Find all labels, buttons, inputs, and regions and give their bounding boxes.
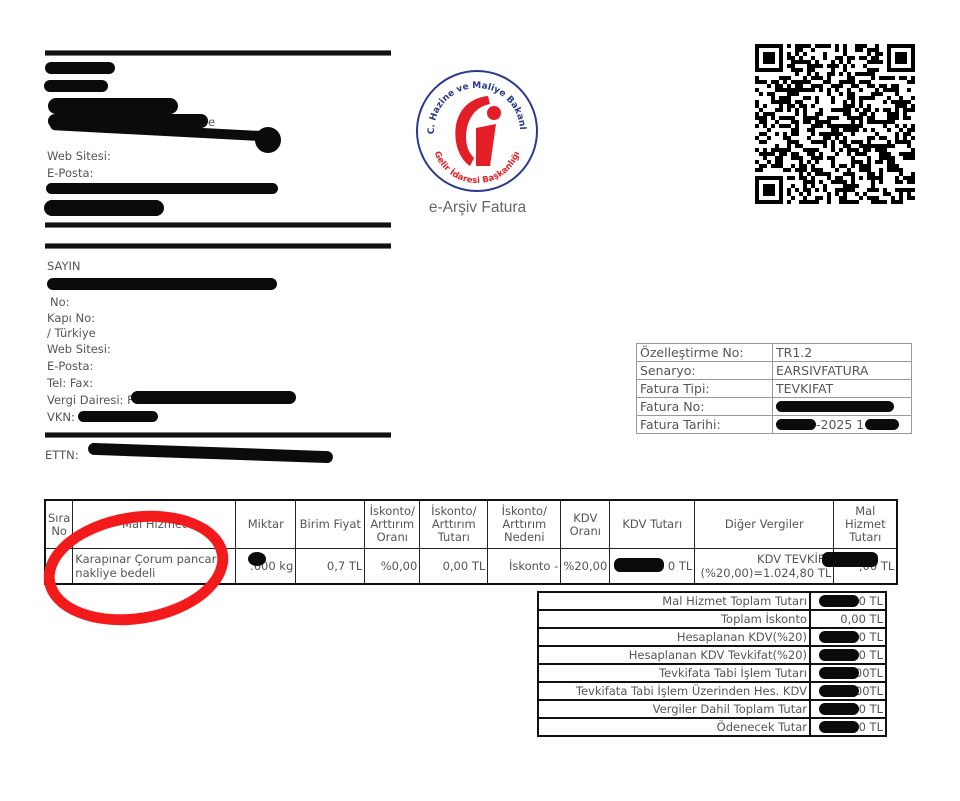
- col-kdv-tutari: KDV Tutarı: [610, 500, 695, 549]
- totals-row: Hesaplanan KDV(%20),00 TL: [538, 628, 886, 646]
- buyer-top-rule: [45, 243, 391, 249]
- totals-value: 0,00 TL: [810, 610, 886, 628]
- totals-value-text: 0,00 TL: [840, 612, 883, 626]
- info-value: TEVKIFAT: [773, 380, 912, 398]
- cell-iskonto-tutari: 0,00 TL: [420, 549, 488, 585]
- info-key: Özelleştirme No:: [637, 344, 773, 362]
- line-items-table: Sıra No Mal Hizmet Miktar Birim Fiyat İs…: [44, 499, 898, 585]
- redaction: [819, 667, 859, 679]
- redaction: [46, 183, 278, 194]
- table-row: Karapınar Çorum pancar nakliye bedeli .6…: [45, 549, 897, 585]
- redaction: [47, 278, 277, 290]
- redaction: [255, 127, 281, 153]
- col-iskonto-orani: İskonto/ Arttırım Oranı: [365, 500, 420, 549]
- col-sira-no: Sıra No: [45, 500, 73, 549]
- cell-diger-vergiler: KDV TEVKİFA (%20,00)=1.024,80 TL: [695, 549, 834, 585]
- info-key: Fatura No:: [637, 398, 773, 416]
- info-row: Fatura Tarihi:-2025 1: [637, 416, 912, 434]
- info-value: TR1.2: [773, 344, 912, 362]
- buyer-tel-fax-label: Tel: Fax:: [47, 376, 93, 390]
- buyer-tax-office-label: Vergi Dairesi: F: [47, 393, 134, 407]
- seller-website-label: Web Sitesi:: [47, 149, 111, 163]
- redaction: [819, 703, 859, 715]
- buyer-kapi-no-label: Kapı No:: [47, 311, 95, 325]
- redaction: [48, 98, 178, 114]
- totals-label: Hesaplanan KDV Tevkifat(%20): [538, 646, 810, 664]
- col-birim-fiyat: Birim Fiyat: [296, 500, 365, 549]
- redaction: [776, 419, 816, 430]
- invoice-info-table: Özelleştirme No:TR1.2Senaryo:EARSIVFATUR…: [636, 343, 912, 434]
- totals-value: ,00 TL: [810, 628, 886, 646]
- buyer-bottom-rule: [45, 432, 391, 438]
- info-value: EARSIVFATURA: [773, 362, 912, 380]
- totals-label: Tevkifata Tabi İşlem Üzerinden Hes. KDV: [538, 682, 810, 700]
- buyer-vkn-label: VKN:: [47, 410, 75, 424]
- items-header-row: Sıra No Mal Hizmet Miktar Birim Fiyat İs…: [45, 500, 897, 549]
- buyer-no-label: No:: [50, 295, 70, 309]
- kdv-tutari-value: 0 TL: [668, 559, 692, 573]
- cell-birim-fiyat: 0,7 TL: [296, 549, 365, 585]
- totals-value-text: 0 TL: [859, 702, 883, 716]
- col-diger-vergiler: Diğer Vergiler: [695, 500, 834, 549]
- info-value-text: TR1.2: [776, 345, 812, 360]
- totals-label: Toplam İskonto: [538, 610, 810, 628]
- totals-value: 20 TL: [810, 718, 886, 736]
- totals-label: Vergiler Dahil Toplam Tutar: [538, 700, 810, 718]
- totals-label: Hesaplanan KDV(%20): [538, 628, 810, 646]
- col-iskonto-tutari: İskonto/ Arttırım Tutarı: [420, 500, 488, 549]
- cell-tutar: ,00 TL: [834, 549, 898, 585]
- redaction: [78, 411, 158, 422]
- totals-row: Toplam İskonto0,00 TL: [538, 610, 886, 628]
- seller-bottom-rule: [45, 222, 391, 228]
- col-mal-hizmet: Mal Hizmet: [73, 500, 236, 549]
- info-value: -2025 1: [773, 416, 912, 434]
- buyer-sayin-label: SAYIN: [47, 259, 81, 273]
- redaction: [819, 685, 859, 697]
- seller-partial-text: e: [208, 115, 215, 129]
- col-miktar: Miktar: [236, 500, 296, 549]
- col-kdv-orani: KDV Oranı: [561, 500, 610, 549]
- redaction: [822, 552, 878, 567]
- redaction: [44, 80, 108, 92]
- redaction: [614, 558, 664, 572]
- info-row: Özelleştirme No:TR1.2: [637, 344, 912, 362]
- totals-row: Hesaplanan KDV Tevkifat(%20)30 TL: [538, 646, 886, 664]
- gib-logo-icon: T.C. Hazine ve Maliye Bakanlığı Gelir İd…: [414, 68, 540, 194]
- info-value-text: EARSIVFATURA: [776, 363, 868, 378]
- totals-table: Mal Hizmet Toplam Tutarı00 TLToplam İsko…: [537, 591, 887, 737]
- totals-row: Tevkifata Tabi İşlem Üzerinden Hes. KDV,…: [538, 682, 886, 700]
- document-type-caption: e-Arşiv Fatura: [405, 199, 550, 217]
- cell-iskonto-orani: %0,00: [365, 549, 420, 585]
- buyer-website-label: Web Sitesi:: [47, 342, 111, 356]
- totals-row: Ödenecek Tutar20 TL: [538, 718, 886, 736]
- totals-value: 0,00TL: [810, 664, 886, 682]
- redaction: [45, 62, 115, 74]
- cell-miktar: .600 kg: [236, 549, 296, 585]
- redaction: [819, 631, 859, 643]
- cell-mal-hizmet: Karapınar Çorum pancar nakliye bedeli: [73, 549, 236, 585]
- totals-value: ,00TL: [810, 682, 886, 700]
- redaction: [88, 443, 333, 464]
- redaction: [44, 200, 164, 216]
- redaction: [865, 419, 899, 430]
- totals-label: Ödenecek Tutar: [538, 718, 810, 736]
- cell-kdv-tutari: 0 TL: [610, 549, 695, 585]
- buyer-country: / Türkiye: [47, 326, 96, 340]
- info-value-text: TEVKIFAT: [776, 381, 833, 396]
- cell-kdv-orani: %20,00: [561, 549, 610, 585]
- ettn-label: ETTN:: [45, 448, 79, 462]
- col-iskonto-nedeni: İskonto/ Arttırım Nedeni: [488, 500, 561, 549]
- totals-row: Vergiler Dahil Toplam Tutar0 TL: [538, 700, 886, 718]
- totals-label: Tevkifata Tabi İşlem Tutarı: [538, 664, 810, 682]
- seller-top-rule: [45, 50, 391, 56]
- redaction: [131, 391, 296, 404]
- info-row: Senaryo:EARSIVFATURA: [637, 362, 912, 380]
- col-mal-hizmet-tutari: Mal Hizmet Tutarı: [834, 500, 898, 549]
- redaction: [776, 401, 894, 412]
- cell-sira: [45, 549, 73, 585]
- redaction: [819, 721, 859, 733]
- redaction: [819, 649, 859, 661]
- buyer-email-label: E-Posta:: [47, 359, 93, 373]
- totals-value: 0 TL: [810, 700, 886, 718]
- cell-iskonto-nedeni: İskonto -: [488, 549, 561, 585]
- totals-row: Tevkifata Tabi İşlem Tutarı0,00TL: [538, 664, 886, 682]
- info-key: Senaryo:: [637, 362, 773, 380]
- totals-value: 00 TL: [810, 592, 886, 610]
- info-row: Fatura Tipi:TEVKIFAT: [637, 380, 912, 398]
- totals-row: Mal Hizmet Toplam Tutarı00 TL: [538, 592, 886, 610]
- seller-email-label: E-Posta:: [47, 166, 93, 180]
- info-key: Fatura Tarihi:: [637, 416, 773, 434]
- qr-code-icon: [755, 44, 915, 204]
- totals-label: Mal Hizmet Toplam Tutarı: [538, 592, 810, 610]
- info-key: Fatura Tipi:: [637, 380, 773, 398]
- info-row: Fatura No:: [637, 398, 912, 416]
- redaction: [819, 595, 859, 607]
- info-value: [773, 398, 912, 416]
- totals-value: 30 TL: [810, 646, 886, 664]
